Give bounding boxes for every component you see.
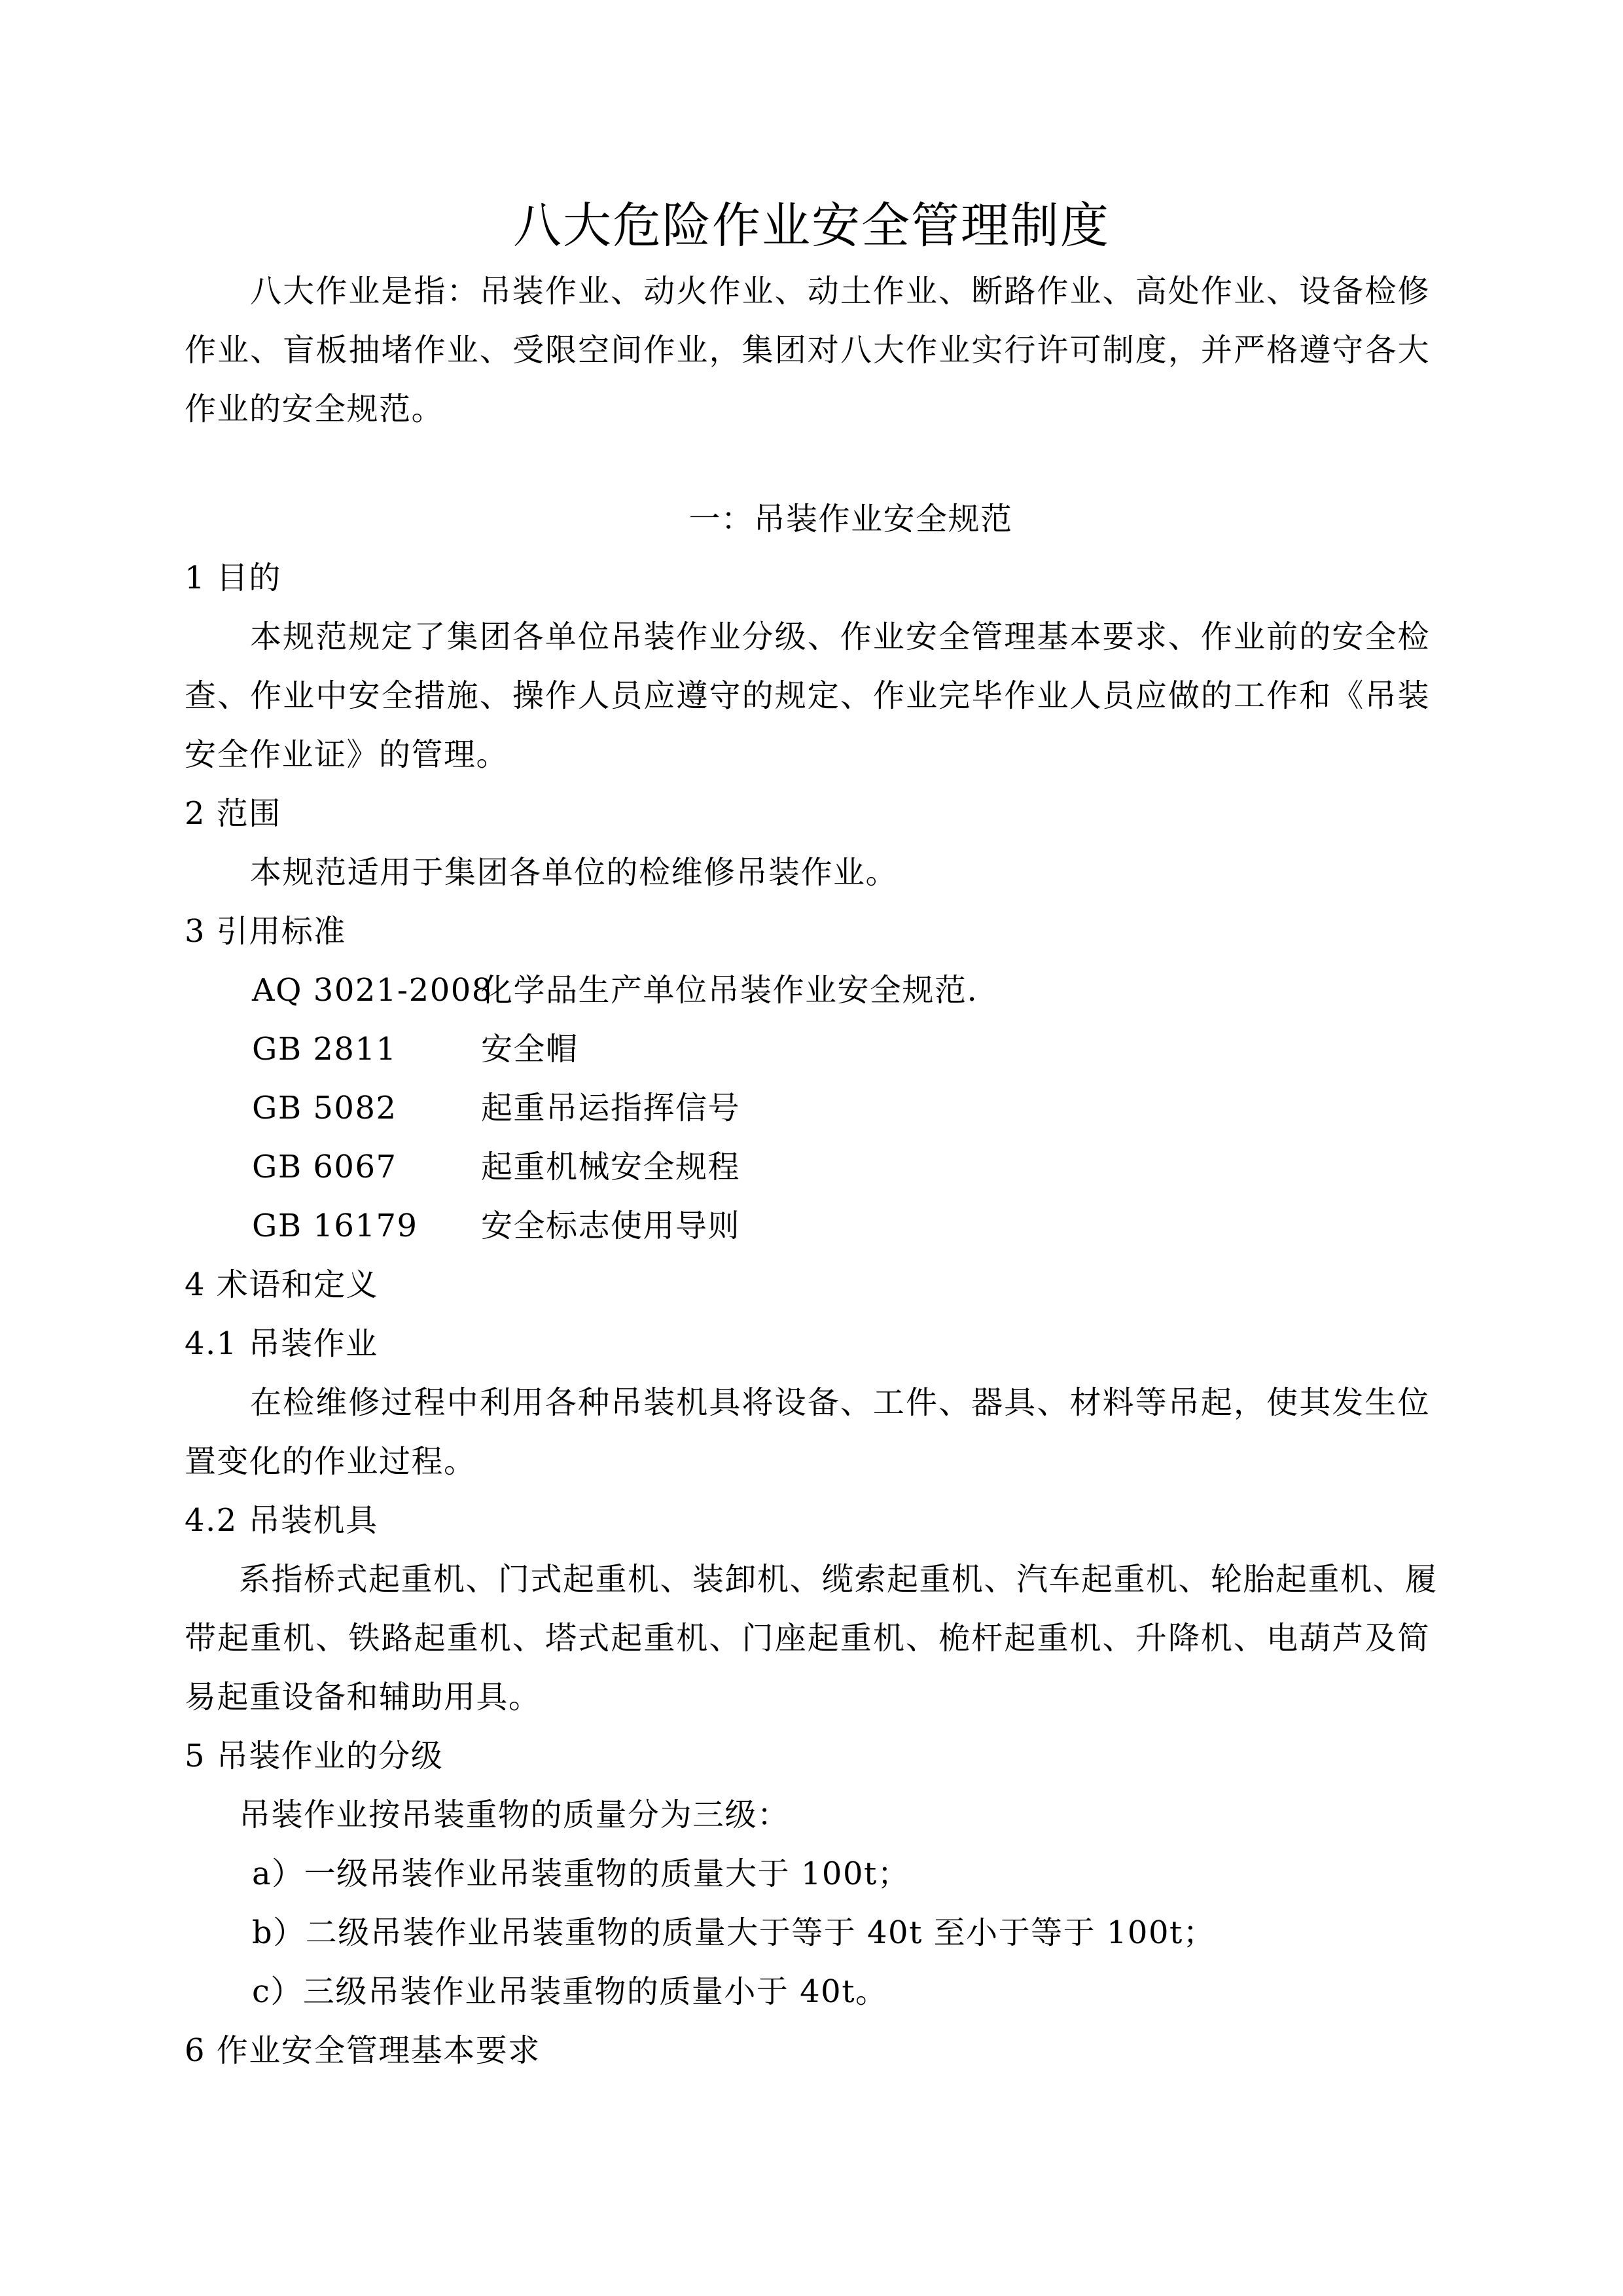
lifting-machinery-line-2: 带起重机、铁路起重机、塔式起重机、门座起重机、桅杆起重机、升降机、电葫芦及简 [185,1609,1430,1668]
reference-code: GB 5082 [252,1079,397,1138]
reference-row: GB 16179 安全标志使用导则 [0,1196,1623,1255]
lifting-operation-line-2: 置变化的作业过程。 [185,1432,476,1491]
document-title: 八大危险作业安全管理制度 [0,196,1623,255]
lifting-operation-line-1: 在检维修过程中利用各种吊装机具将设备、工件、器具、材料等吊起，使其发生位 [250,1373,1430,1432]
purpose-line-3: 安全作业证》的管理。 [185,725,508,784]
classification-intro: 吊装作业按吊装重物的质量分为三级： [239,1785,790,1844]
document-page: 八大危险作业安全管理制度 八大作业是指：吊装作业、动火作业、动土作业、断路作业、… [0,0,1623,2296]
heading-requirements: 6 作业安全管理基本要求 [185,2021,541,2080]
reference-code: GB 16179 [252,1196,418,1255]
classification-item-a: a）一级吊装作业吊装重物的质量大于 100t； [252,1844,910,1903]
reference-name: 化学品生产单位吊装作业安全规范. [481,961,978,1020]
reference-name: 起重吊运指挥信号 [481,1079,740,1138]
purpose-line-2: 查、作业中安全措施、操作人员应遵守的规定、作业完毕作业人员应做的工作和《吊装 [185,666,1430,725]
classification-item-b: b）二级吊装作业吊装重物的质量大于等于 40t 至小于等于 100t； [252,1903,1215,1962]
intro-line-1: 八大作业是指：吊装作业、动火作业、动土作业、断路作业、高处作业、设备检修 [250,262,1430,321]
heading-purpose: 1 目的 [185,548,281,607]
reference-name: 安全标志使用导则 [481,1196,740,1255]
scope-line-1: 本规范适用于集团各单位的检维修吊装作业。 [250,843,898,902]
intro-line-2: 作业、盲板抽堵作业、受限空间作业，集团对八大作业实行许可制度，并严格遵守各大 [185,321,1430,380]
heading-terms: 4 术语和定义 [185,1255,378,1314]
reference-row: GB 5082 起重吊运指挥信号 [0,1079,1623,1138]
section-heading-lifting: 一：吊装作业安全规范 [0,490,1623,548]
heading-scope: 2 范围 [185,784,281,843]
heading-classification: 5 吊装作业的分级 [185,1727,443,1785]
heading-lifting-machinery: 4.2 吊装机具 [185,1491,378,1550]
reference-code: AQ 3021-2008 [252,961,493,1020]
reference-name: 起重机械安全规程 [481,1138,740,1196]
reference-row: AQ 3021-2008 化学品生产单位吊装作业安全规范. [0,961,1623,1020]
reference-name: 安全帽 [481,1020,579,1079]
reference-row: GB 2811 安全帽 [0,1020,1623,1079]
heading-lifting-operation: 4.1 吊装作业 [185,1314,378,1373]
lifting-machinery-line-3: 易起重设备和辅助用具。 [185,1668,541,1727]
classification-item-c: c）三级吊装作业吊装重物的质量小于 40t。 [252,1962,888,2021]
reference-code: GB 6067 [252,1138,397,1196]
lifting-machinery-line-1: 系指桥式起重机、门式起重机、装卸机、缆索起重机、汽车起重机、轮胎起重机、履 [239,1550,1430,1609]
purpose-line-1: 本规范规定了集团各单位吊装作业分级、作业安全管理基本要求、作业前的安全检 [250,607,1430,666]
heading-references: 3 引用标准 [185,902,346,961]
reference-row: GB 6067 起重机械安全规程 [0,1138,1623,1196]
intro-line-3: 作业的安全规范。 [185,380,444,439]
reference-code: GB 2811 [252,1020,397,1079]
